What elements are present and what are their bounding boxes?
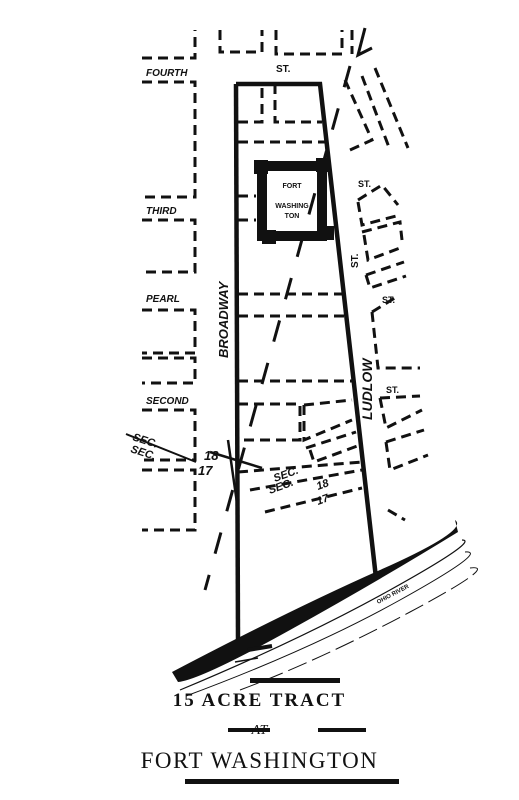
top-blocks [142,28,372,58]
street-st-3: ST. [386,385,399,395]
map-title: FORT WASHINGTON [0,748,519,774]
sec-right-num-bottom: 17 [315,492,331,508]
left-blocks [142,82,195,530]
fort-label-2: WASHING [275,203,309,210]
right-blocks [345,68,428,520]
street-pearl: PEARL [146,294,180,305]
sec-left-num-bottom: 17 [198,463,213,478]
sec-right-bottom: SEC. [267,477,295,497]
street-fourth: FOURTH [146,68,188,79]
fort-label-3: TON [285,213,300,220]
street-second: SECOND [146,396,189,407]
fort: FORT WASHING TON [254,158,334,244]
street-third: THIRD [146,206,177,217]
street-st-2: ST. [382,295,395,305]
fort-label-1: FORT [282,183,302,190]
sec-left-num-top: 18 [204,448,219,463]
connector: AT [0,723,519,739]
street-broadway: BROADWAY [216,280,231,358]
street-st-vertical: ST. [350,253,361,268]
street-ludlow: LUDLOW [359,357,375,420]
street-st-1: ST. [358,179,371,189]
subtitle: 15 ACRE TRACT [0,690,519,712]
street-fourth-st: ST. [276,64,291,75]
fort-washington-map: FORT WASHING TON OHIO RIVER FOURTH ST. [0,0,519,800]
